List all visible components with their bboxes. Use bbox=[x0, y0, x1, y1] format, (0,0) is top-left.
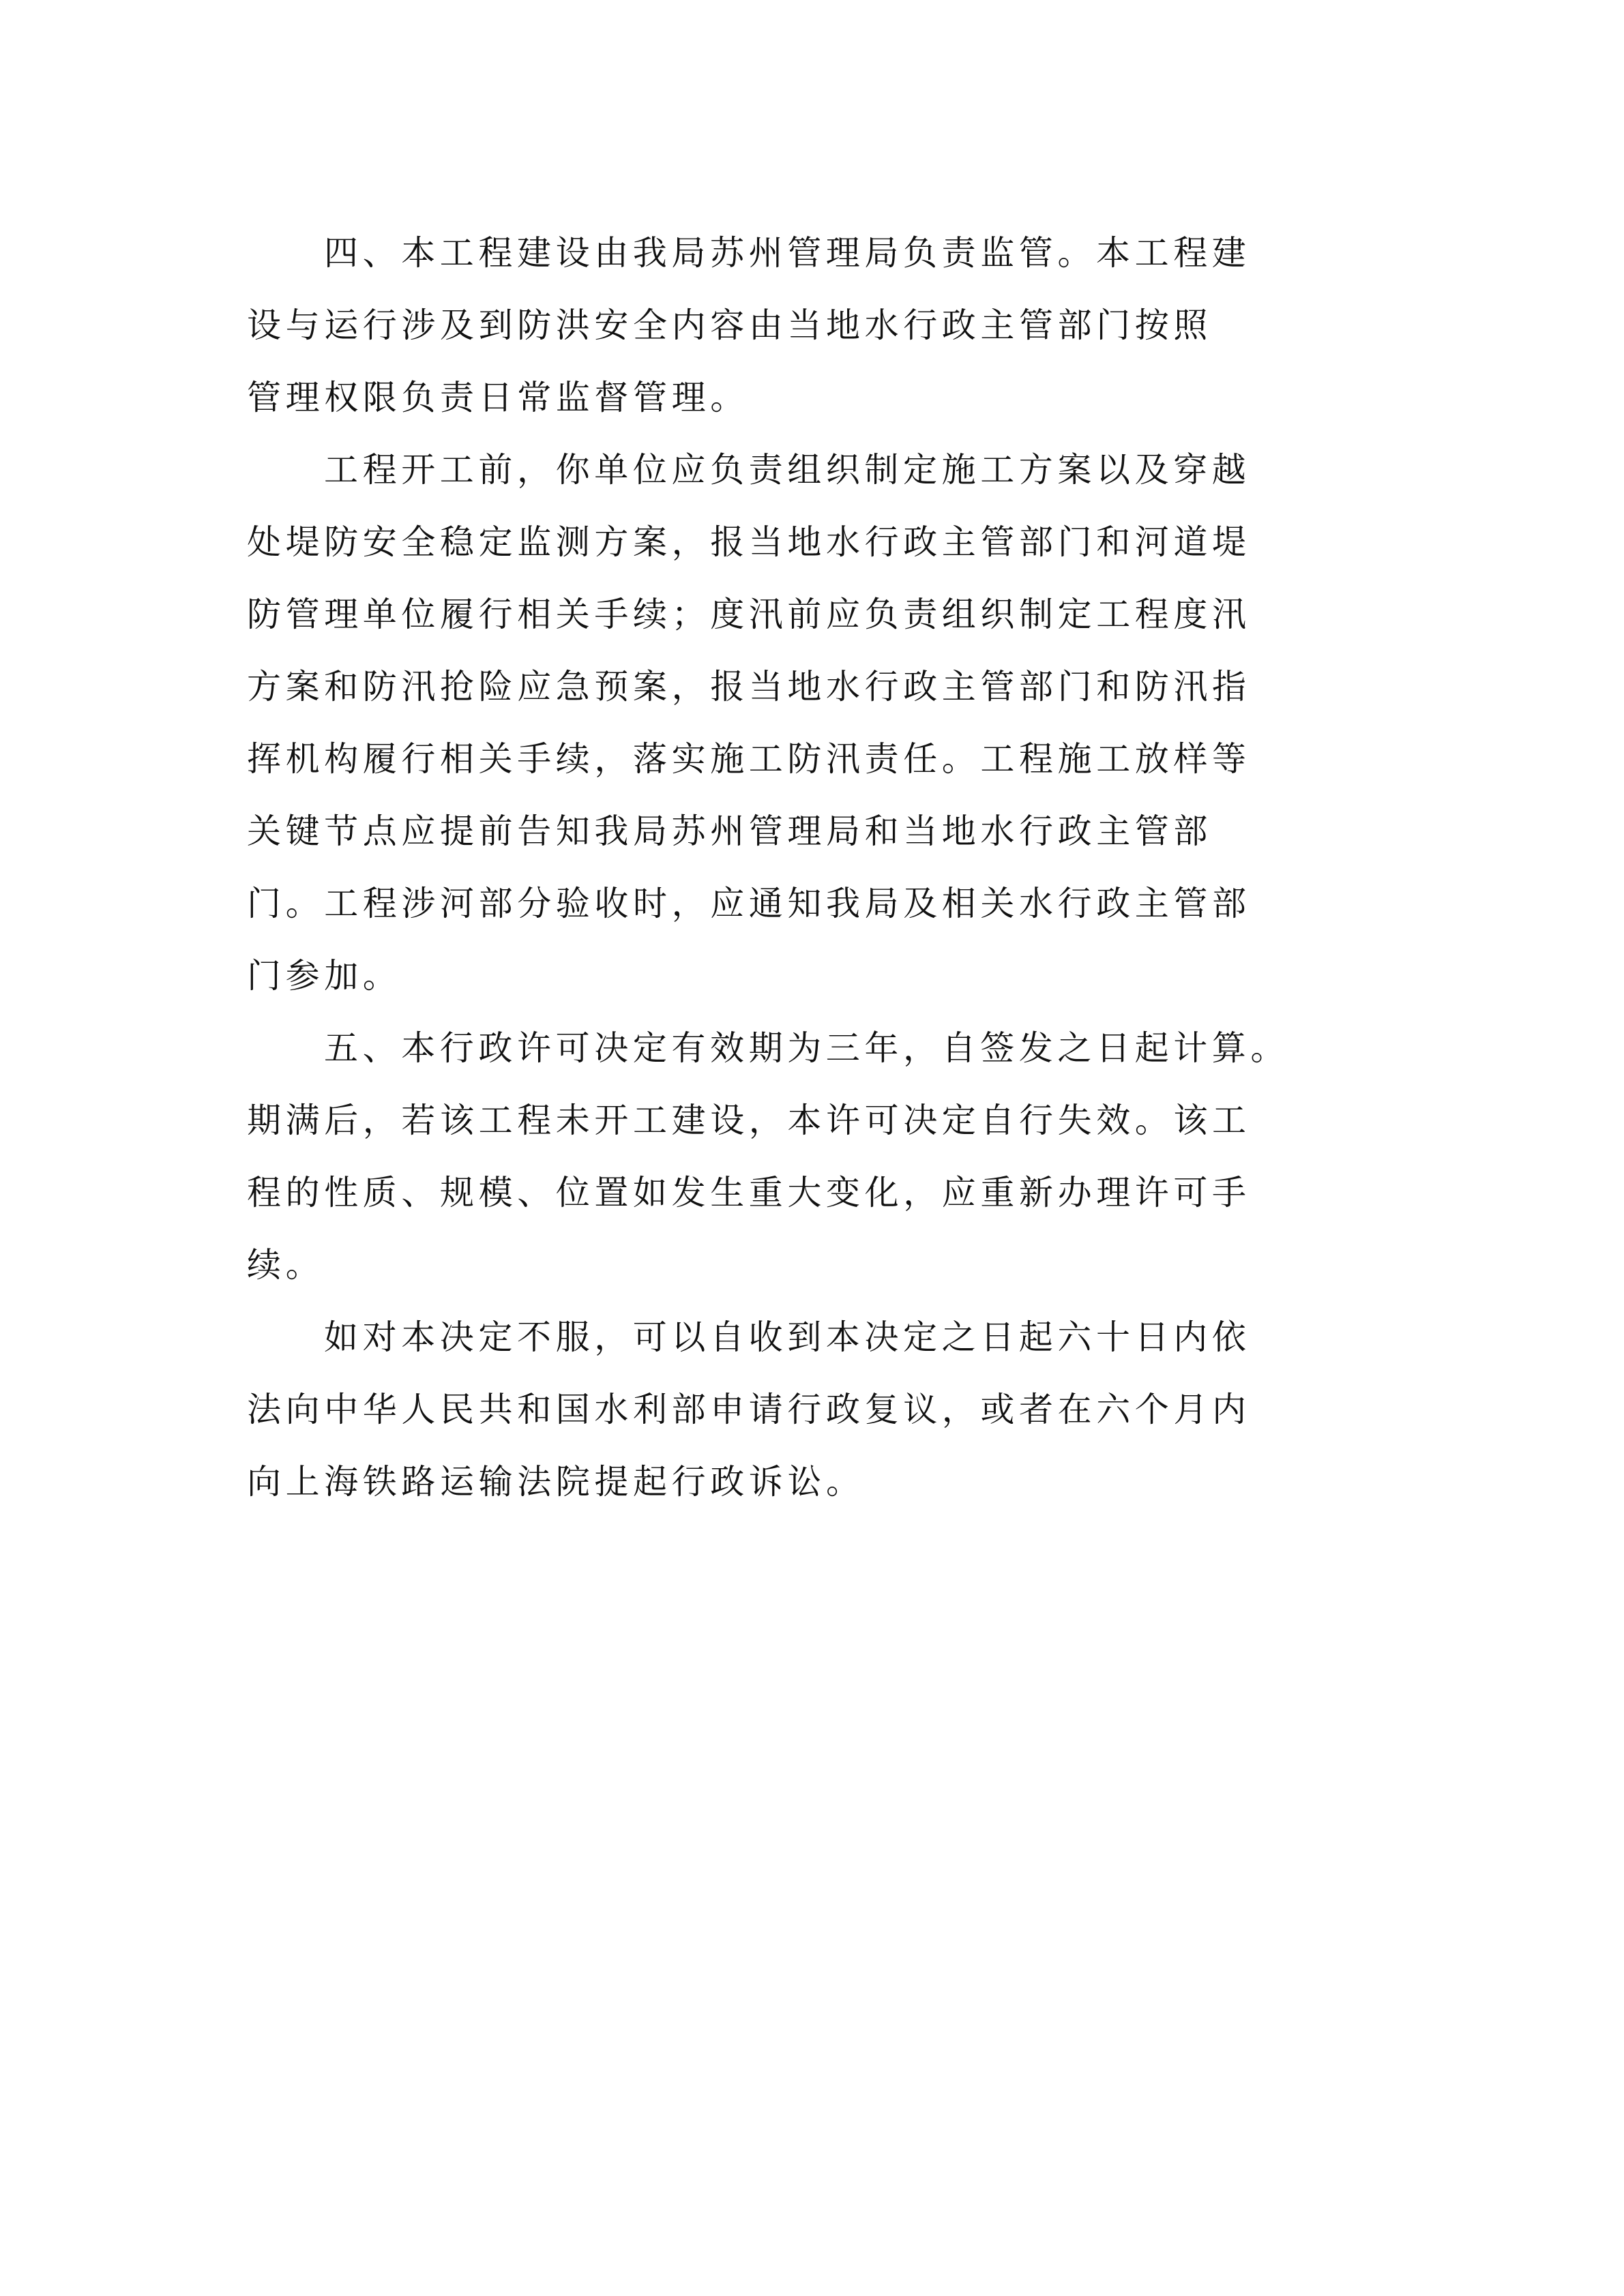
text-line: 处堤防安全稳定监测方案，报当地水行政主管部门和河道堤 bbox=[247, 506, 1338, 578]
paragraph-validity: 五、本行政许可决定有效期为三年，自签发之日起计算。 期满后，若该工程未开工建设，… bbox=[247, 1012, 1338, 1301]
paragraph-supervision: 四、本工程建设由我局苏州管理局负责监管。本工程建 设与运行涉及到防洪安全内容由当… bbox=[247, 217, 1338, 434]
text-line: 工程开工前，你单位应负责组织制定施工方案以及穿越 bbox=[247, 434, 1338, 506]
text-line: 门参加。 bbox=[247, 940, 1338, 1012]
text-line: 防管理单位履行相关手续；度汛前应负责组织制定工程度汛 bbox=[247, 578, 1338, 651]
text-line: 方案和防汛抢险应急预案，报当地水行政主管部门和防汛指 bbox=[247, 651, 1338, 723]
paragraph-pre-construction: 工程开工前，你单位应负责组织制定施工方案以及穿越 处堤防安全稳定监测方案，报当地… bbox=[247, 434, 1338, 1012]
text-line: 门。工程涉河部分验收时，应通知我局及相关水行政主管部 bbox=[247, 867, 1338, 940]
paragraph-appeal: 如对本决定不服，可以自收到本决定之日起六十日内依 法向中华人民共和国水利部申请行… bbox=[247, 1301, 1338, 1518]
text-line: 续。 bbox=[247, 1229, 1338, 1301]
text-line: 五、本行政许可决定有效期为三年，自签发之日起计算。 bbox=[247, 1012, 1338, 1084]
text-line: 期满后，若该工程未开工建设，本许可决定自行失效。该工 bbox=[247, 1084, 1338, 1157]
text-line: 管理权限负责日常监督管理。 bbox=[247, 361, 1338, 434]
text-line: 四、本工程建设由我局苏州管理局负责监管。本工程建 bbox=[247, 217, 1338, 289]
text-line: 法向中华人民共和国水利部申请行政复议，或者在六个月内 bbox=[247, 1373, 1338, 1446]
text-line: 程的性质、规模、位置如发生重大变化，应重新办理许可手 bbox=[247, 1157, 1338, 1229]
text-line: 如对本决定不服，可以自收到本决定之日起六十日内依 bbox=[247, 1301, 1338, 1373]
text-line: 向上海铁路运输法院提起行政诉讼。 bbox=[247, 1446, 1338, 1518]
text-line: 关键节点应提前告知我局苏州管理局和当地水行政主管部 bbox=[247, 795, 1338, 867]
text-line: 挥机构履行相关手续，落实施工防汛责任。工程施工放样等 bbox=[247, 723, 1338, 795]
text-line: 设与运行涉及到防洪安全内容由当地水行政主管部门按照 bbox=[247, 289, 1338, 361]
document-page: 四、本工程建设由我局苏州管理局负责监管。本工程建 设与运行涉及到防洪安全内容由当… bbox=[0, 0, 1624, 2296]
document-body: 四、本工程建设由我局苏州管理局负责监管。本工程建 设与运行涉及到防洪安全内容由当… bbox=[247, 217, 1338, 1518]
